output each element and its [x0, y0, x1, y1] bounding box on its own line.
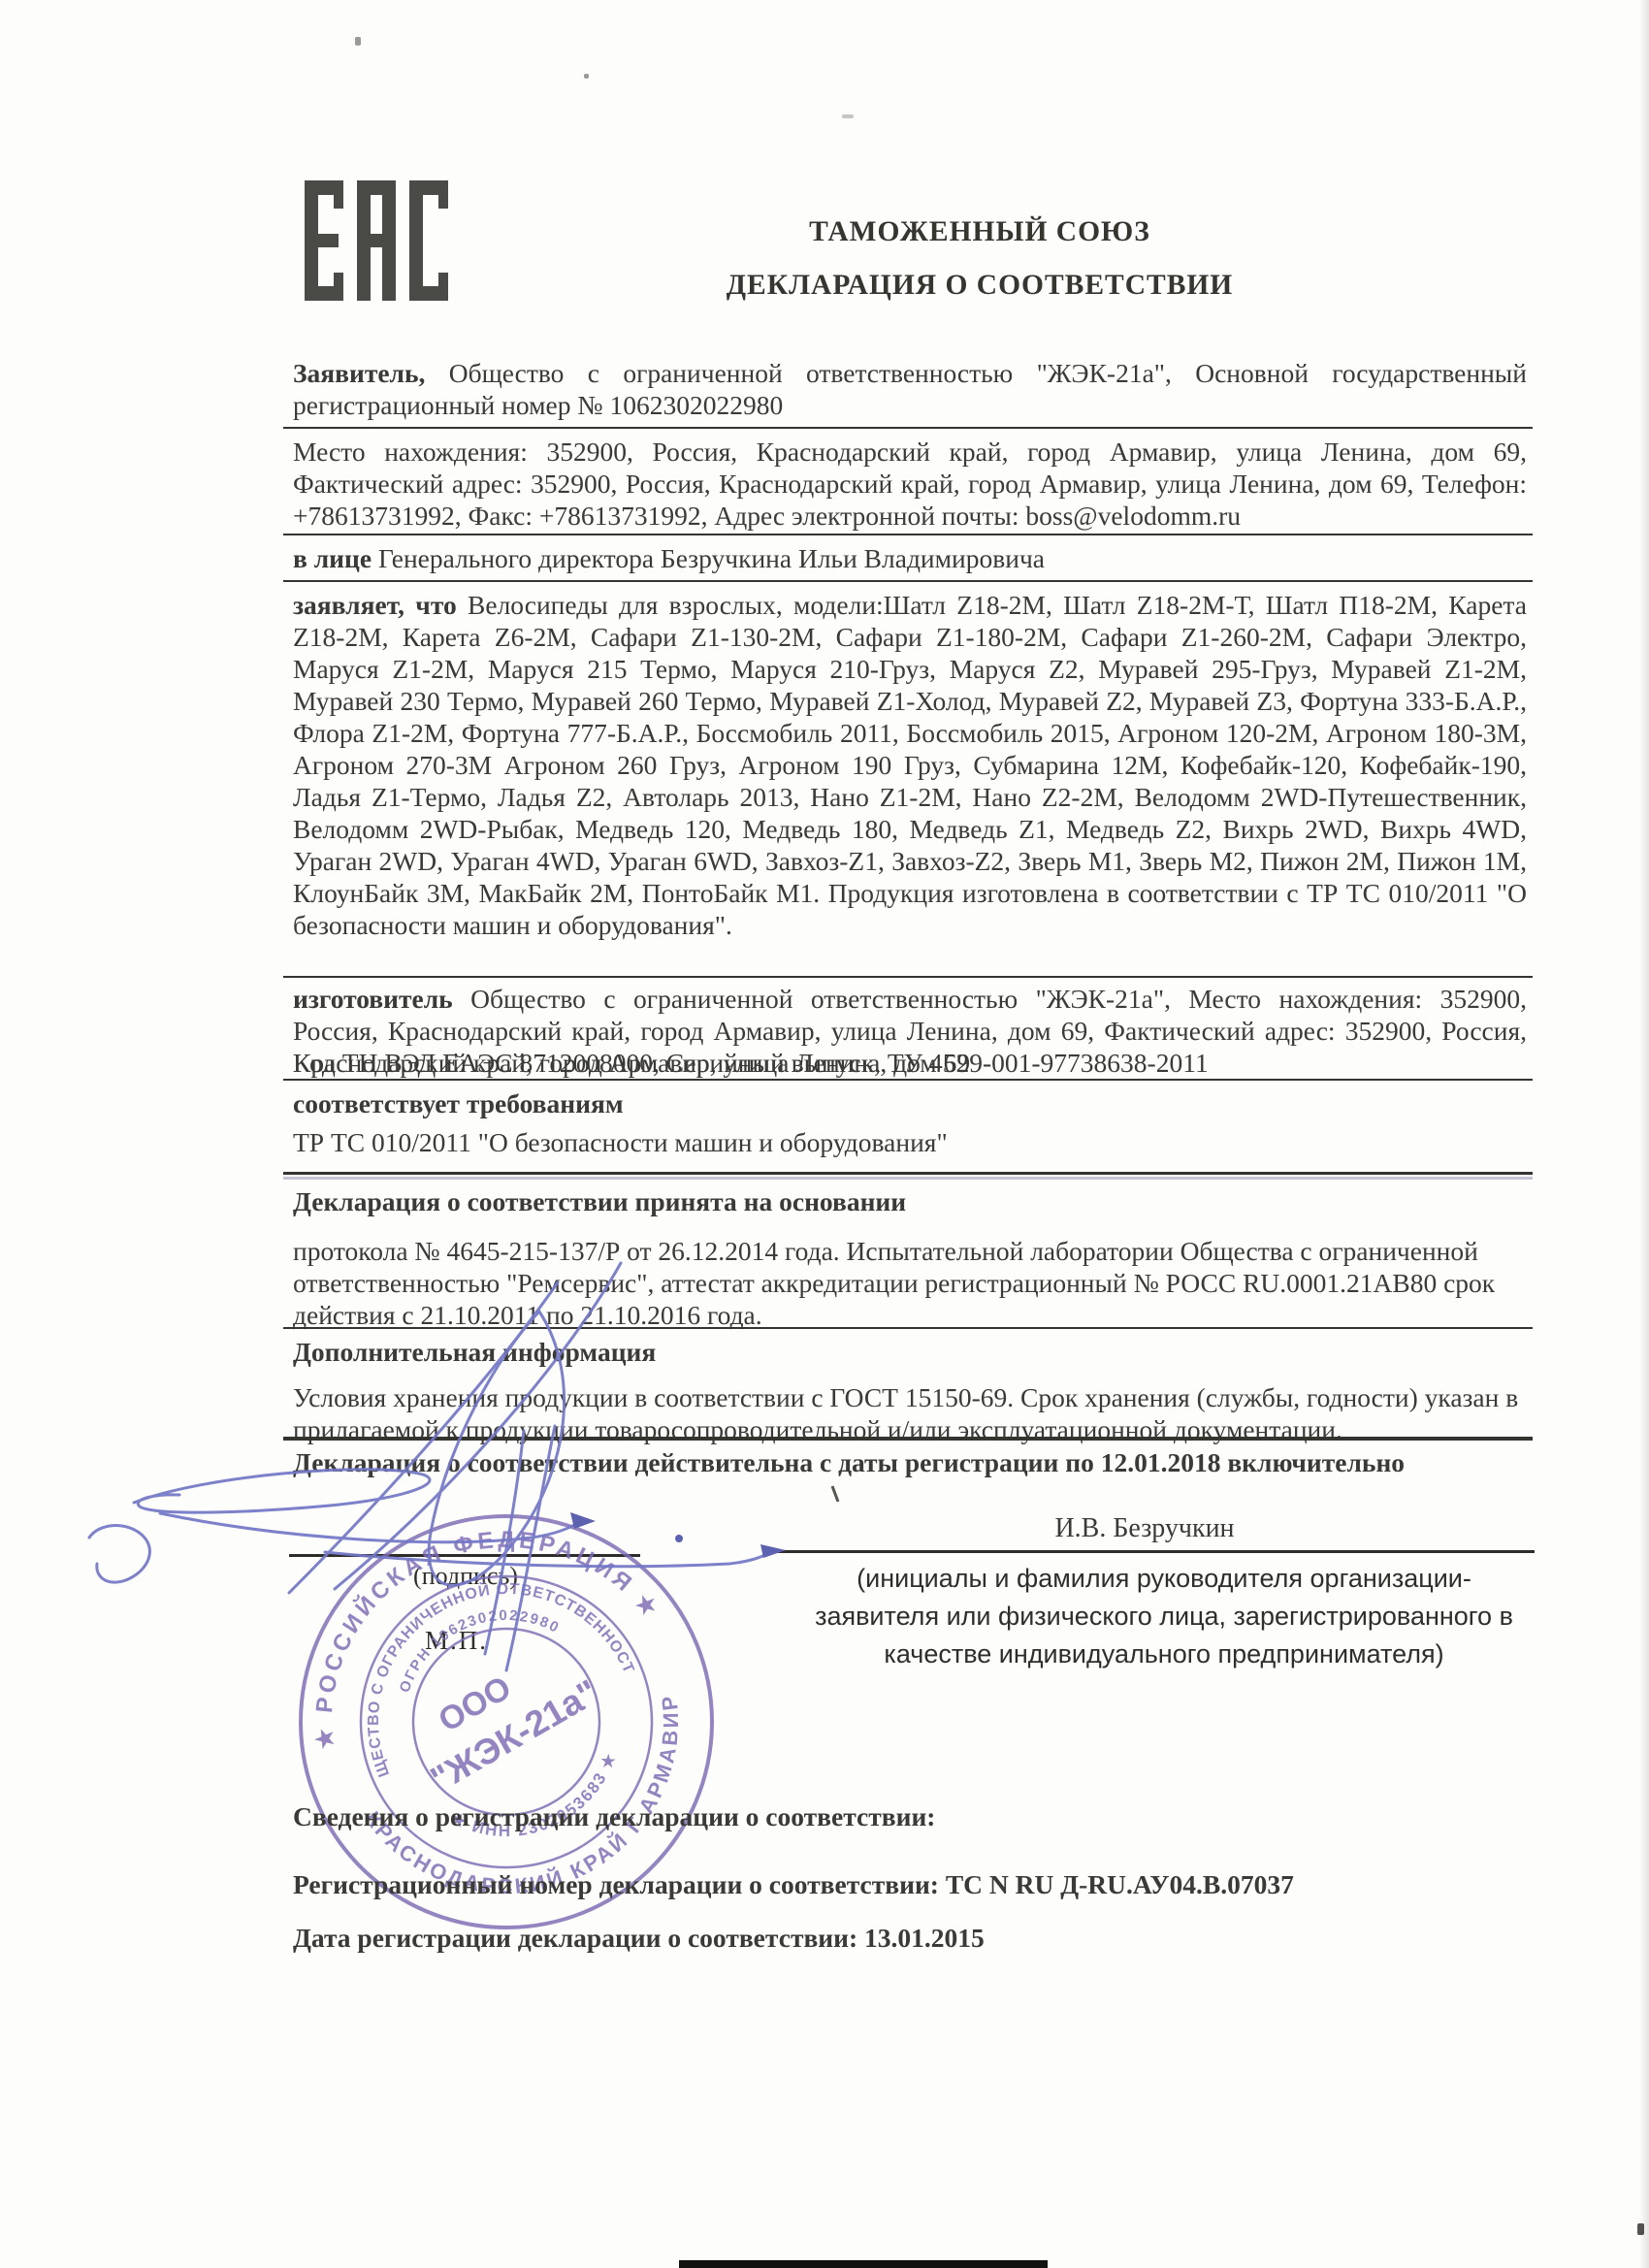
compliance-heading: соответствует требованиям: [293, 1087, 1527, 1119]
tnved-code-line: Код ТН ВЭД ЕАЭС 8712008000, Серийный вып…: [293, 1047, 1527, 1079]
divider: [283, 534, 1533, 535]
products-paragraph: заявляет, что Велосипеды для взрослых, м…: [293, 589, 1527, 973]
title-line-1: ТАМОЖЕННЫЙ СОЮЗ: [524, 206, 1436, 259]
registration-heading: Сведения о регистрации декларации о соот…: [293, 1800, 1527, 1832]
scan-speck: [842, 114, 854, 118]
applicant-label: Заявитель,: [293, 358, 425, 388]
divider: [283, 1079, 1533, 1081]
registration-date-label: Дата регистрации декларации о соответств…: [293, 1923, 857, 1953]
applicant-text: Общество с ограниченной ответственностью…: [293, 358, 1527, 420]
declares-label: заявляет, что: [293, 590, 457, 620]
manufacturer-label: изготовитель: [293, 984, 453, 1014]
scan-speck: [355, 37, 361, 46]
director-label: в лице: [293, 543, 372, 573]
signatory-name: И.В. Безручкин: [824, 1513, 1465, 1544]
scanned-declaration-page: ТАМОЖЕННЫЙ СОЮЗ ДЕКЛАРАЦИЯ О СООТВЕТСТВИ…: [0, 0, 1649, 2268]
compliance-text: ТР ТС 010/2011 "О безопасности машин и о…: [293, 1126, 1527, 1158]
name-caption-line: качестве индивидуального предпринимателя…: [795, 1639, 1533, 1669]
registration-number-label: Регистрационный номер декларации о соотв…: [293, 1869, 939, 1899]
basis-heading: Декларация о соответствии принята на осн…: [293, 1185, 1527, 1217]
products-text: Велосипеды для взрослых, модели:Шатл Z18…: [293, 590, 1527, 940]
scan-artifact-bar: [679, 2260, 1048, 2268]
handwritten-signature: [58, 1232, 892, 1688]
document-title: ТАМОЖЕННЫЙ СОЮЗ ДЕКЛАРАЦИЯ О СООТВЕТСТВИ…: [524, 206, 1436, 312]
scan-speck: [584, 74, 589, 79]
registration-number-value: ТС N RU Д-RU.АУ04.В.07037: [939, 1869, 1294, 1899]
name-caption-line: заявителя или физического лица, зарегист…: [795, 1602, 1533, 1632]
scan-speck: [1637, 2223, 1644, 2235]
registration-number-line: Регистрационный номер декларации о соотв…: [293, 1868, 1527, 1900]
pen-tick: [832, 1486, 838, 1502]
divider: [283, 976, 1533, 978]
director-line: в лице Генерального директора Безручкина…: [293, 542, 1527, 574]
divider: [283, 580, 1533, 582]
name-caption-line: (инициалы и фамилия руководителя организ…: [795, 1564, 1533, 1594]
divider: [283, 427, 1533, 429]
divider: [283, 1172, 1533, 1175]
eac-logo: [305, 180, 448, 301]
applicant-paragraph: Заявитель, Общество с ограниченной ответ…: [293, 357, 1527, 421]
registration-date-line: Дата регистрации декларации о соответств…: [293, 1922, 1527, 1954]
title-line-2: ДЕКЛАРАЦИЯ О СООТВЕТСТВИИ: [524, 259, 1436, 312]
director-text: Генерального директора Безручкина Ильи В…: [372, 543, 1045, 573]
registration-date-value: 13.01.2015: [857, 1923, 985, 1953]
applicant-address: Место нахождения: 352900, Россия, Красно…: [293, 436, 1527, 532]
